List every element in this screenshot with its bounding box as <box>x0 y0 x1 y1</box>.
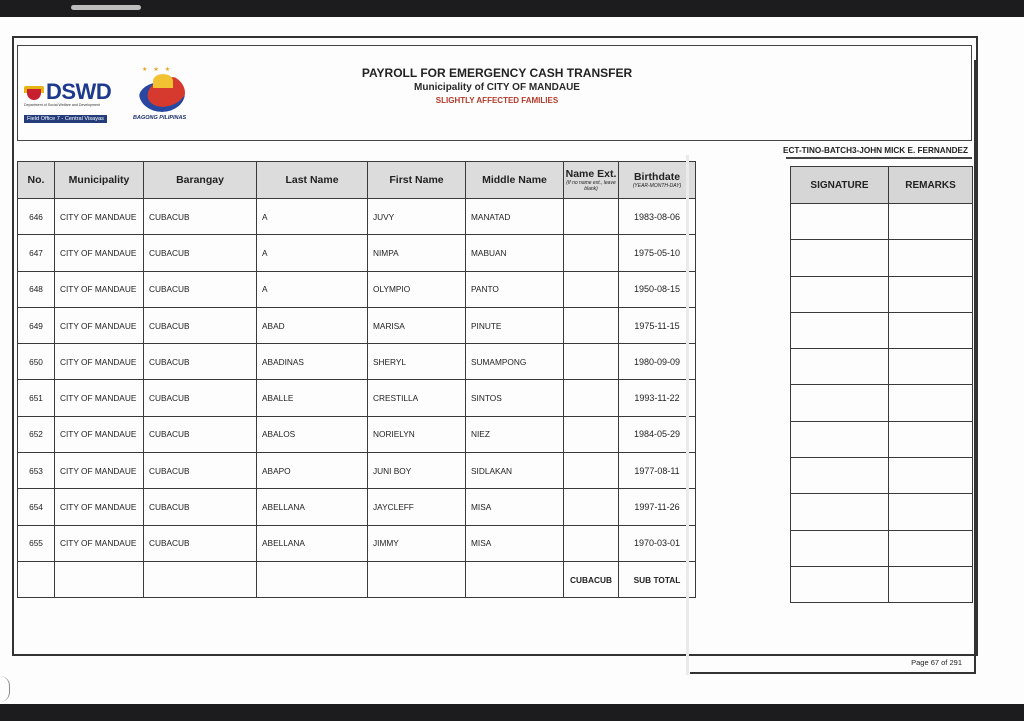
signature-header-row: SIGNATURE REMARKS <box>791 167 973 204</box>
cell-last-name: ABADINAS <box>257 344 368 380</box>
cell-municipality: CITY OF MANDAUE <box>55 416 144 452</box>
page-right-border <box>974 60 976 674</box>
col-birthdate-note: (YEAR-MONTH-DAY) <box>619 183 695 189</box>
cell-birthdate: 1980-09-09 <box>619 344 696 380</box>
signature-row <box>791 458 973 494</box>
cell-birthdate: 1970-03-01 <box>619 525 696 561</box>
page-number: Page 67 of 291 <box>880 658 962 667</box>
table-row: 650CITY OF MANDAUECUBACUBABADINASSHERYLS… <box>18 344 696 380</box>
signature-cell[interactable] <box>791 276 889 312</box>
remarks-cell[interactable] <box>889 530 973 566</box>
page-seam <box>686 155 689 675</box>
empty-cell <box>144 561 257 597</box>
cell-last-name: ABAPO <box>257 453 368 489</box>
subtotal-row: CUBACUBSUB TOTAL <box>18 561 696 597</box>
col-remarks: REMARKS <box>889 167 973 204</box>
signature-cell[interactable] <box>791 566 889 602</box>
cell-middle-name: MISA <box>466 525 564 561</box>
cell-first-name: MARISA <box>368 307 466 343</box>
table-row: 649CITY OF MANDAUECUBACUBABADMARISAPINUT… <box>18 307 696 343</box>
signature-row <box>791 312 973 348</box>
cell-first-name: JUVY <box>368 199 466 235</box>
cell-birthdate: 1984-05-29 <box>619 416 696 452</box>
category-label: SLIGHTLY AFFECTED FAMILIES <box>300 95 694 107</box>
remarks-cell[interactable] <box>889 421 973 457</box>
cell-name-ext <box>564 199 619 235</box>
col-no: No. <box>18 162 55 199</box>
drag-handle[interactable] <box>71 5 141 10</box>
cell-barangay: CUBACUB <box>144 235 257 271</box>
signature-row <box>791 276 973 312</box>
document-title: PAYROLL FOR EMERGENCY CASH TRANSFER <box>300 66 694 81</box>
cell-no: 647 <box>18 235 55 271</box>
col-birthdate: Birthdate (YEAR-MONTH-DAY) <box>619 162 696 199</box>
signature-row <box>791 349 973 385</box>
table-row: 653CITY OF MANDAUECUBACUBABAPOJUNI BOYSI… <box>18 453 696 489</box>
col-name-ext-label: Name Ext. <box>564 168 618 180</box>
dswd-logo: DSWD Department of Social Welfare and De… <box>24 82 120 122</box>
table-row: 652CITY OF MANDAUECUBACUBABALOSNORIELYNN… <box>18 416 696 452</box>
cell-name-ext <box>564 525 619 561</box>
empty-cell <box>257 561 368 597</box>
cell-municipality: CITY OF MANDAUE <box>55 271 144 307</box>
cell-no: 648 <box>18 271 55 307</box>
payroll-table: No. Municipality Barangay Last Name Firs… <box>17 161 696 598</box>
remarks-cell[interactable] <box>889 240 973 276</box>
signature-row <box>791 494 973 530</box>
cell-barangay: CUBACUB <box>144 271 257 307</box>
cell-name-ext <box>564 307 619 343</box>
page-bottom-border <box>690 672 976 674</box>
cell-no: 653 <box>18 453 55 489</box>
cell-barangay: CUBACUB <box>144 380 257 416</box>
agency-name: DSWD <box>46 82 111 102</box>
remarks-cell[interactable] <box>889 276 973 312</box>
table-row: 647CITY OF MANDAUECUBACUBANIMPAMABUAN197… <box>18 235 696 271</box>
empty-cell <box>18 561 55 597</box>
cell-last-name: ABELLANA <box>257 489 368 525</box>
stars-icon: ★★★ <box>142 66 176 73</box>
cell-birthdate: 1975-11-15 <box>619 307 696 343</box>
cell-last-name: A <box>257 235 368 271</box>
signature-cell[interactable] <box>791 349 889 385</box>
cell-no: 654 <box>18 489 55 525</box>
subtotal-barangay: CUBACUB <box>564 561 619 597</box>
cell-municipality: CITY OF MANDAUE <box>55 380 144 416</box>
col-name-ext: Name Ext. (If no name ext., leave blank) <box>564 162 619 199</box>
remarks-cell[interactable] <box>889 312 973 348</box>
cell-municipality: CITY OF MANDAUE <box>55 344 144 380</box>
col-last-name: Last Name <box>257 162 368 199</box>
table-row: 655CITY OF MANDAUECUBACUBABELLANAJIMMYMI… <box>18 525 696 561</box>
col-middle-name: Middle Name <box>466 162 564 199</box>
cell-barangay: CUBACUB <box>144 453 257 489</box>
signature-cell[interactable] <box>791 204 889 240</box>
signature-cell[interactable] <box>791 530 889 566</box>
cell-birthdate: 1983-08-06 <box>619 199 696 235</box>
col-first-name: First Name <box>368 162 466 199</box>
cell-no: 646 <box>18 199 55 235</box>
cell-name-ext <box>564 453 619 489</box>
empty-cell <box>55 561 144 597</box>
signature-row <box>791 530 973 566</box>
col-name-ext-note: (If no name ext., leave blank) <box>564 180 618 192</box>
cell-name-ext <box>564 380 619 416</box>
empty-cell <box>368 561 466 597</box>
cell-birthdate: 1997-11-26 <box>619 489 696 525</box>
table-header-row: No. Municipality Barangay Last Name Firs… <box>18 162 696 199</box>
cell-municipality: CITY OF MANDAUE <box>55 525 144 561</box>
remarks-cell[interactable] <box>889 494 973 530</box>
cell-no: 655 <box>18 525 55 561</box>
remarks-cell[interactable] <box>889 204 973 240</box>
document-title-block: PAYROLL FOR EMERGENCY CASH TRANSFER Muni… <box>300 66 694 107</box>
cell-last-name: ABELLANA <box>257 525 368 561</box>
table-row: 651CITY OF MANDAUECUBACUBABALLECRESTILLA… <box>18 380 696 416</box>
cell-municipality: CITY OF MANDAUE <box>55 235 144 271</box>
cell-first-name: SHERYL <box>368 344 466 380</box>
cell-municipality: CITY OF MANDAUE <box>55 199 144 235</box>
cell-last-name: A <box>257 271 368 307</box>
cell-middle-name: SIDLAKAN <box>466 453 564 489</box>
cell-last-name: ABAD <box>257 307 368 343</box>
partner-logo-text: BAGONG PILIPINAS <box>133 115 186 121</box>
cell-name-ext <box>564 235 619 271</box>
signature-table: SIGNATURE REMARKS <box>790 166 973 603</box>
cell-barangay: CUBACUB <box>144 489 257 525</box>
empty-cell <box>466 561 564 597</box>
cell-last-name: ABALOS <box>257 416 368 452</box>
remarks-cell[interactable] <box>889 385 973 421</box>
subtotal-label: SUB TOTAL <box>619 561 696 597</box>
cell-first-name: NIMPA <box>368 235 466 271</box>
cell-birthdate: 1977-08-11 <box>619 453 696 489</box>
cell-birthdate: 1975-05-10 <box>619 235 696 271</box>
signature-cell[interactable] <box>791 385 889 421</box>
viewer-bottom-bar <box>0 704 1024 721</box>
signature-cell[interactable] <box>791 240 889 276</box>
cell-name-ext <box>564 344 619 380</box>
cell-birthdate: 1993-11-22 <box>619 380 696 416</box>
cell-barangay: CUBACUB <box>144 344 257 380</box>
cell-first-name: CRESTILLA <box>368 380 466 416</box>
cell-middle-name: MABUAN <box>466 235 564 271</box>
table-row: 654CITY OF MANDAUECUBACUBABELLANAJAYCLEF… <box>18 489 696 525</box>
cell-middle-name: PANTO <box>466 271 564 307</box>
cell-middle-name: SINTOS <box>466 380 564 416</box>
cell-middle-name: MISA <box>466 489 564 525</box>
batch-label: ECT-TINO-BATCH3-JOHN MICK E. FERNANDEZ <box>700 146 968 155</box>
bagong-pilipinas-logo: ★★★ BAGONG PILIPINAS <box>133 64 193 124</box>
cell-barangay: CUBACUB <box>144 525 257 561</box>
cell-barangay: CUBACUB <box>144 416 257 452</box>
signature-cell[interactable] <box>791 421 889 457</box>
cell-municipality: CITY OF MANDAUE <box>55 489 144 525</box>
cell-middle-name: MANATAD <box>466 199 564 235</box>
table-row: 648CITY OF MANDAUECUBACUBAOLYMPIOPANTO19… <box>18 271 696 307</box>
cell-first-name: JIMMY <box>368 525 466 561</box>
cell-no: 652 <box>18 416 55 452</box>
cell-name-ext <box>564 416 619 452</box>
signature-cell[interactable] <box>791 494 889 530</box>
remarks-cell[interactable] <box>889 566 973 602</box>
remarks-cell[interactable] <box>889 349 973 385</box>
cell-barangay: CUBACUB <box>144 307 257 343</box>
remarks-cell[interactable] <box>889 458 973 494</box>
field-office-badge: Field Office 7 - Central Visayas <box>24 115 107 123</box>
table-row: 646CITY OF MANDAUECUBACUBAJUVYMANATAD198… <box>18 199 696 235</box>
cell-first-name: JUNI BOY <box>368 453 466 489</box>
sun-emblem-icon <box>139 74 185 112</box>
cell-first-name: JAYCLEFF <box>368 489 466 525</box>
cell-no: 651 <box>18 380 55 416</box>
dswd-emblem-icon <box>24 84 44 100</box>
cell-first-name: NORIELYN <box>368 416 466 452</box>
col-barangay: Barangay <box>144 162 257 199</box>
cell-no: 650 <box>18 344 55 380</box>
signature-row <box>791 566 973 602</box>
cell-municipality: CITY OF MANDAUE <box>55 453 144 489</box>
signature-row <box>791 240 973 276</box>
cell-name-ext <box>564 271 619 307</box>
viewer-top-bar <box>0 0 1024 17</box>
municipality-line: Municipality of CITY OF MANDAUE <box>300 81 694 95</box>
cell-last-name: A <box>257 199 368 235</box>
cell-middle-name: PINUTE <box>466 307 564 343</box>
cell-birthdate: 1950-08-15 <box>619 271 696 307</box>
cell-barangay: CUBACUB <box>144 199 257 235</box>
signature-cell[interactable] <box>791 312 889 348</box>
cell-no: 649 <box>18 307 55 343</box>
cell-municipality: CITY OF MANDAUE <box>55 307 144 343</box>
signature-cell[interactable] <box>791 458 889 494</box>
col-birthdate-label: Birthdate <box>619 171 695 183</box>
cell-first-name: OLYMPIO <box>368 271 466 307</box>
batch-divider <box>786 157 972 159</box>
signature-row <box>791 385 973 421</box>
cell-name-ext <box>564 489 619 525</box>
cell-middle-name: SUMAMPONG <box>466 344 564 380</box>
col-municipality: Municipality <box>55 162 144 199</box>
cell-last-name: ABALLE <box>257 380 368 416</box>
cell-middle-name: NIEZ <box>466 416 564 452</box>
signature-row <box>791 204 973 240</box>
signature-row <box>791 421 973 457</box>
col-signature: SIGNATURE <box>791 167 889 204</box>
